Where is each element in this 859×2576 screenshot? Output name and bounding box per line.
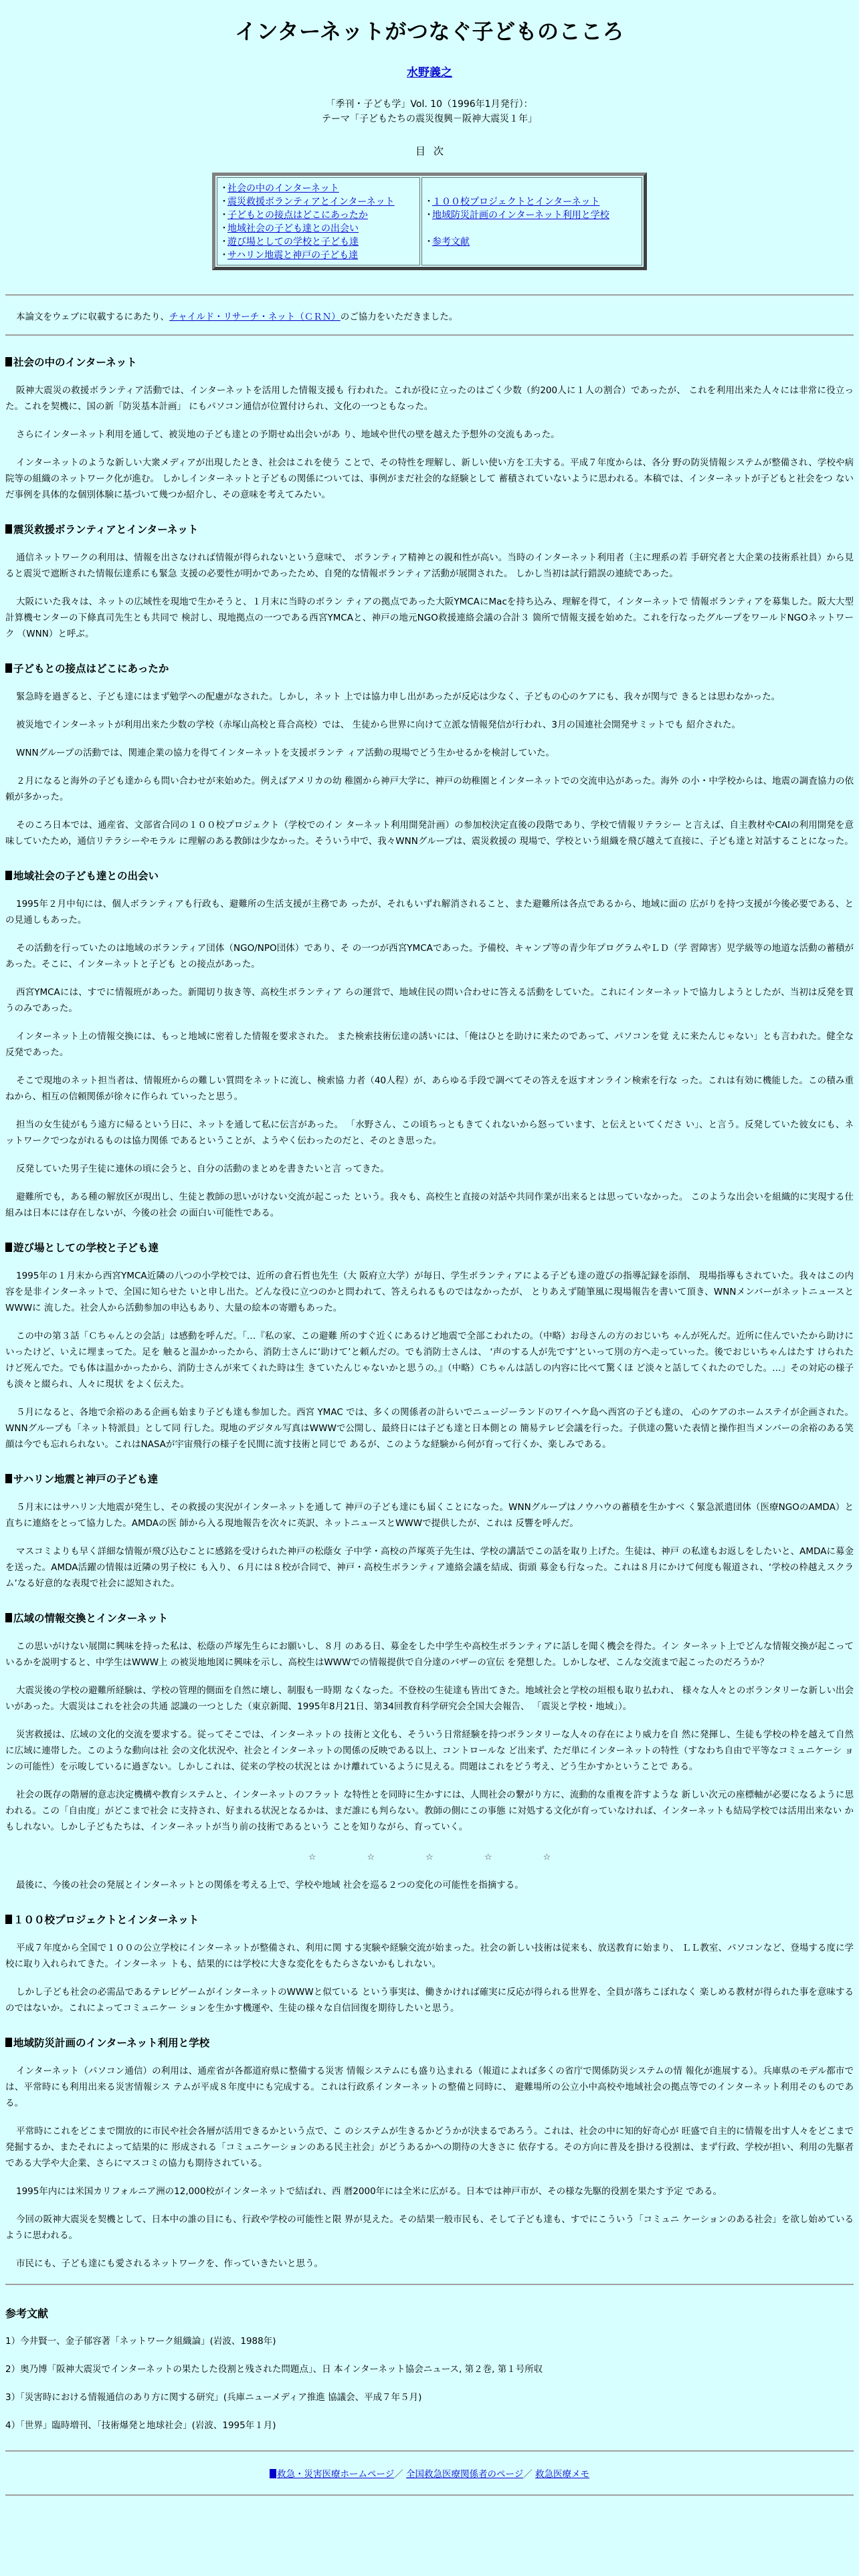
toc-link-disaster-plan[interactable]: 地域防災計画のインターネット利用と学校 (432, 210, 609, 221)
bullet-icon: ・ (219, 235, 227, 249)
separator: ／ (523, 2469, 533, 2480)
paragraph: さらにインターネット利用を通して、被災地の子ども達との予期せぬ出会いがあ り、地… (5, 427, 854, 443)
toc-item: ・地域防災計画のインターネット利用と学校 (424, 209, 640, 222)
toc-left-column: ・社会の中のインターネット ・震災救援ボランティアとインターネット ・子どもとの… (217, 177, 420, 265)
toc-table: ・社会の中のインターネット ・震災救援ボランティアとインターネット ・子どもとの… (212, 173, 647, 270)
toc-item: ・１００校プロジェクトとインターネット (424, 195, 640, 209)
paragraph: ５月になると、各地で余裕のある企画も始まり子ども達も参加した。西宮 YMAC で… (5, 1404, 854, 1453)
star-icon: ☆ (425, 1852, 434, 1862)
toc-heading: 目次 (5, 144, 854, 158)
section-title: 広域の情報交換とインターネット (13, 1612, 168, 1624)
toc-item: ・社会の中のインターネット (219, 182, 417, 195)
section-heading: 広域の情報交換とインターネット (5, 1610, 854, 1625)
star-icon: ☆ (367, 1852, 375, 1862)
toc-link-children-contact[interactable]: 子どもとの接点はどこにあったか (227, 210, 368, 221)
paragraph: 最後に、今後の社会の発展とインターネットとの関係を考える上で、学校や地域 社会を… (5, 1877, 854, 1893)
crn-link[interactable]: チャイルド・リサーチ・ネット（ＣＲＮ） (169, 312, 341, 322)
square-bullet-icon (5, 2038, 12, 2047)
paragraph: WNNグループの活動では、関連企業の協力を得てインターネットを支援ボランテ ィア… (5, 745, 854, 761)
paragraph: この中の第３話「Ｃちゃんとの会話」は感動を呼んだ。「…『私の家、この避難 所のす… (5, 1328, 854, 1392)
reference-item: 3）「災害時における情報通信のあり方に関する研究」(兵庫ニューメディア推進 協議… (5, 2390, 854, 2405)
section-title: １００校プロジェクトとインターネット (13, 1914, 199, 1926)
toc-item: ・地域社会の子ども達との出会い (219, 222, 417, 235)
paragraph: そのころ日本では、通産省、文部省合同の１００校プロジェクト（学校でのイン ターネ… (5, 817, 854, 849)
paragraph: ２月になると海外の子ども達からも問い合わせが来始めた。例えばアメリカの幼 稚園か… (5, 773, 854, 805)
toc-right-column: ・１００校プロジェクトとインターネット ・地域防災計画のインターネット利用と学校… (421, 177, 642, 265)
divider (5, 2284, 854, 2285)
paragraph: 市民にも、子ども達にも愛されるネットワークを、作っていきたいと思う。 (5, 2256, 854, 2272)
reference-item: 2）奥乃博「阪神大震災でインターネットの果たした役割と残された問題点」、日 本イ… (5, 2362, 854, 2377)
section-title: 地域防災計画のインターネット利用と学校 (13, 2037, 209, 2049)
paragraph: 通信ネットワークの利用は、情報を出さなければ情報が得られないという意味で、 ボラ… (5, 550, 854, 582)
section-title: サハリン地震と神戸の子ども達 (13, 1473, 158, 1485)
footer-nav: 救急・災害医療ホームページ／ 全国救急医療関係者のページ／ 救急医療メモ (5, 2458, 854, 2488)
square-bullet-icon (5, 663, 12, 673)
paragraph: 緊急時を過ぎると、子ども達にはまず勉学への配慮がなされた。しかし，ネット 上では… (5, 689, 854, 705)
acknowledgement: 本論文をウェブに収載するにあたり、チャイルド・リサーチ・ネット（ＣＲＮ）のご協力… (5, 302, 854, 328)
paragraph: 今回の阪神大震災を契機として、日本中の誰の目にも、行政や学校の可能性と限 界が見… (5, 2212, 854, 2244)
paragraph: 大阪にいた我々は、ネットの広域性を現地で生かそうと、１月末に当時のボラン ティア… (5, 594, 854, 642)
bullet-icon: ・ (219, 182, 227, 195)
paragraph: 大震災後の学校の避難所経験は、学校の管理的側面を自然に壊し、制服も一時期 なくな… (5, 1683, 854, 1715)
paragraph: 担当の女生徒がもう遠方に帰るという日に、ネットを通して私に伝言があった。 「水野… (5, 1117, 854, 1149)
section-heading: 子どもとの接点はどこにあったか (5, 661, 854, 675)
paragraph: 反発していた男子生徒に連休の頃に会うと、自分の活動のまとめを書きたいと言 ってき… (5, 1161, 854, 1177)
paragraph: 社会の既存の階層的意志決定機構や教育システムと、インターネットのフラット な特性… (5, 1787, 854, 1835)
paragraph: この思いがけない展開に興味を持った私は、松蔭の芦塚先生らにお願いし、８月 のある… (5, 1638, 854, 1671)
square-home-icon (270, 2469, 276, 2478)
star-icon: ☆ (543, 1852, 551, 1862)
reference-item: 4）「世界」臨時増刊、「技術爆発と地球社会」(岩波、1995年１月) (5, 2418, 854, 2433)
section-heading: サハリン地震と神戸の子ども達 (5, 1471, 854, 1486)
divider (5, 2450, 854, 2452)
toc-link-volunteer-internet[interactable]: 震災救援ボランティアとインターネット (227, 197, 395, 207)
star-divider: ☆☆☆☆☆ (5, 1852, 854, 1862)
toc-link-sakhalin-kobe[interactable]: サハリン地震と神戸の子ども達 (227, 250, 358, 261)
toc-spacer (424, 222, 640, 235)
bullet-icon: ・ (219, 195, 227, 209)
paragraph: 被災地でインターネットが利用出来た少数の学校（赤塚山高校と葺合高校）では、 生徒… (5, 717, 854, 733)
bullet-icon: ・ (219, 209, 227, 222)
square-bullet-icon (5, 357, 12, 366)
square-bullet-icon (5, 1243, 12, 1252)
footer-link-emergency-staff[interactable]: 全国救急医療関係者のページ (406, 2469, 523, 2480)
bullet-icon: ・ (219, 249, 227, 262)
toc-item: ・震災救援ボランティアとインターネット (219, 195, 417, 209)
paragraph: 平常時にこれをどこまで開放的に市民や社会各層が活用できるかという点で、こ のシス… (5, 2123, 854, 2171)
section-heading: 地域社会の子ども達との出会い (5, 868, 854, 883)
square-bullet-icon (5, 871, 12, 880)
paragraph: 1995年の１月末から西宮YMCA近隣の八つの小学校では、近所の倉石哲也先生（大… (5, 1268, 854, 1316)
section-heading: 社会の中のインターネット (5, 354, 854, 369)
section-title: 震災救援ボランティアとインターネット (13, 524, 198, 536)
toc-item: ・遊び場としての学校と子ども達 (219, 235, 417, 249)
page-title: インターネットがつなぐ子どものこころ (5, 15, 854, 45)
toc-item: ・サハリン地震と神戸の子ども達 (219, 249, 417, 262)
ack-text-after: のご協力をいただきました。 (341, 312, 458, 322)
section-heading: 遊び場としての学校と子ども達 (5, 1240, 854, 1255)
toc-link-community-children[interactable]: 地域社会の子ども達との出会い (227, 223, 359, 234)
reference-item: 1）今井賢一、金子郁容著「ネットワーク組織論」(岩波、1988年) (5, 2334, 854, 2349)
square-bullet-icon (5, 1474, 12, 1483)
page: インターネットがつなぐ子どものこころ 水野義之 「季刊・子ども学」Vol. 10… (0, 0, 859, 2543)
toc-link-references[interactable]: 参考文献 (432, 237, 470, 247)
bullet-icon: ・ (424, 195, 432, 209)
bullet-icon: ・ (219, 222, 227, 235)
toc-link-social-internet[interactable]: 社会の中のインターネット (227, 183, 339, 194)
publication-line-1: 「季刊・子ども学」Vol. 10（1996年1月発行）： (5, 97, 854, 112)
toc-item: ・子どもとの接点はどこにあったか (219, 209, 417, 222)
section-title: 地域社会の子ども達との出会い (13, 870, 159, 882)
paragraph: 西宮YMCAには、すでに情報班があった。新聞切り抜き等、高校生ボランティア らの… (5, 984, 854, 1016)
square-bullet-icon (5, 524, 12, 534)
section-title: 遊び場としての学校と子ども達 (13, 1242, 159, 1254)
paragraph: インターネットのような新しい大衆メディアが出現したとき、社会はこれを使う ことで… (5, 455, 854, 503)
toc-link-school-playground[interactable]: 遊び場としての学校と子ども達 (227, 237, 359, 247)
paragraph: 1995年内には米国カリフォルニア洲の12,000校がインターネットで結ばれ、西… (5, 2183, 854, 2199)
paragraph: 避難所でも，ある種の解放区が現出し、生徒と教師の思いがけない交流が起こった とい… (5, 1189, 854, 1221)
paragraph: 平成７年度から全国で１００の公立学校にインターネットが整備され、利用に関 する実… (5, 1940, 854, 1972)
toc-link-100-schools[interactable]: １００校プロジェクトとインターネット (432, 197, 599, 207)
paragraph: 災害救援は、広域の文化的交流を要求する。従ってそこでは、インターネットの 技術と… (5, 1727, 854, 1775)
section-heading: 震災救援ボランティアとインターネット (5, 522, 854, 536)
divider (5, 2494, 854, 2496)
footer-link-memo[interactable]: 救急医療メモ (535, 2469, 589, 2480)
paragraph: その活動を行っていたのは地域のボランティア団体（NGO/NPO団体）であり、そ … (5, 940, 854, 972)
bullet-icon: ・ (424, 235, 432, 249)
paragraph: インターネット上の情報交換には、もっと地域に密着した情報を要求された。 また検索… (5, 1029, 854, 1061)
section-heading: １００校プロジェクトとインターネット (5, 1912, 854, 1927)
references-heading: 参考文献 (5, 2305, 854, 2321)
section-heading: 地域防災計画のインターネット利用と学校 (5, 2035, 854, 2050)
star-icon: ☆ (484, 1852, 492, 1862)
publication-line-2: テーマ「子どもたちの震災復興－阪神大震災１年」 (5, 112, 854, 126)
toc-item: ・参考文献 (424, 235, 640, 249)
paragraph: 1995年２月中旬には、個人ボランティアも行政も、避難所の生活支援が主務であ っ… (5, 896, 854, 928)
paragraph: そこで現地のネット担当者は、情報班からの難しい質問をネットに流し、検索協 力者（… (5, 1073, 854, 1105)
paragraph: 阪神大震災の救援ボランティア活動では、インターネットを活用した情報支援も 行われ… (5, 383, 854, 415)
section-title: 子どもとの接点はどこにあったか (13, 663, 169, 675)
publication-info: 「季刊・子ども学」Vol. 10（1996年1月発行）： テーマ「子どもたちの震… (5, 97, 854, 126)
separator: ／ (394, 2469, 403, 2480)
paragraph: マスコミよりも早く詳細な情報が飛び込むことに感銘を受けられた神戸の松蔭女 子中学… (5, 1543, 854, 1592)
divider (5, 294, 854, 296)
paragraph: インターネット（パソコン通信）の利用は、通産省が各都道府県に整備する災害 情報シ… (5, 2063, 854, 2111)
bullet-icon: ・ (424, 209, 432, 222)
footer-link-label: 救急・災害医療ホームページ (277, 2469, 394, 2480)
square-bullet-icon (5, 1613, 12, 1622)
ack-text-before: 本論文をウェブに収載するにあたり、 (16, 312, 169, 322)
author-link[interactable]: 水野義之 (407, 66, 452, 80)
square-bullet-icon (5, 1915, 12, 1924)
star-icon: ☆ (308, 1852, 316, 1862)
paragraph: しかし子ども社会の必需品であるテレビゲームがインターネットのWWWと似ている と… (5, 1984, 854, 2016)
section-title: 社会の中のインターネット (13, 356, 137, 368)
footer-link-home[interactable]: 救急・災害医療ホームページ (270, 2469, 394, 2480)
divider (5, 334, 854, 336)
author: 水野義之 (5, 63, 854, 80)
paragraph: ５月末にはサハリン大地震が発生し、その救援の実況がインターネットを通して 神戸の… (5, 1499, 854, 1531)
table-of-contents: ・社会の中のインターネット ・震災救援ボランティアとインターネット ・子どもとの… (5, 173, 854, 270)
